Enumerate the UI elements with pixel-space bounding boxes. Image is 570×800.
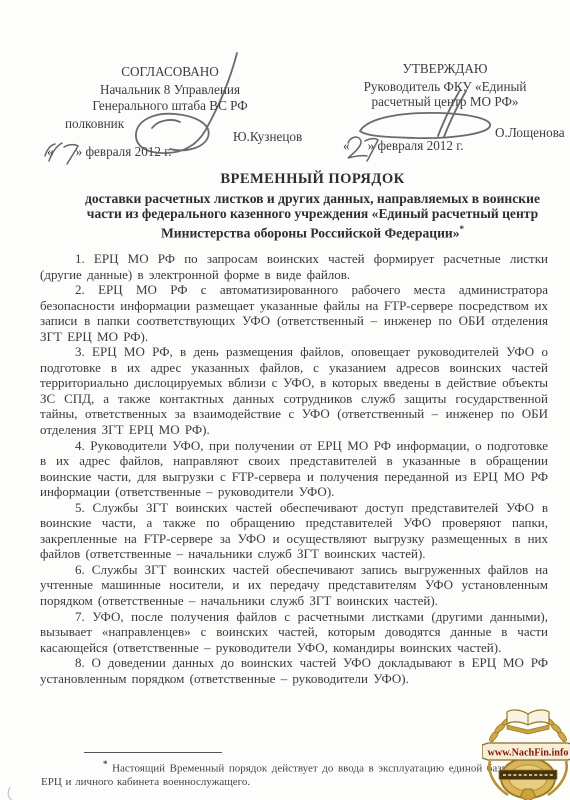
paragraph-5: 5. Службы ЗГТ воинских частей обеспечива…	[40, 500, 548, 562]
document-subtitle: доставки расчетных листков и других данн…	[75, 191, 550, 240]
approved-position-line2: расчетный центр МО РФ»	[350, 94, 540, 109]
agreed-title: СОГЛАСОВАНО	[45, 64, 295, 79]
quote-open: «	[47, 144, 54, 159]
document-body: 1. ЕРЦ МО РФ по запросам воинских частей…	[40, 251, 548, 686]
agreed-rank: полковник	[65, 116, 124, 131]
motto-ribbon	[499, 770, 557, 780]
scan-artifact-mark	[8, 787, 12, 800]
agreed-position-line1: Начальник 8 Управления	[45, 82, 295, 97]
paragraph-1: 1. ЕРЦ МО РФ по запросам воинских частей…	[40, 251, 548, 282]
signature-right	[360, 113, 490, 138]
paragraph-3: 3. ЕРЦ МО РФ, в день размещения файлов, …	[40, 344, 548, 437]
approved-signer-name: О.Лощенова	[495, 125, 565, 140]
approved-title: УТВЕРЖДАЮ	[350, 61, 540, 76]
footnote-text: * Настоящий Временный порядок действует …	[41, 758, 509, 790]
approved-position-line1: Руководитель ФКУ «Единый	[350, 79, 540, 94]
paragraph-8: 8. О доведении данных до воинских частей…	[40, 655, 548, 686]
quote-open: «	[343, 138, 350, 153]
footnote-marker: *	[103, 759, 108, 769]
url-banner: www.NachFin.info	[482, 743, 570, 760]
document-title: ВРЕМЕННЫЙ ПОРЯДОК	[75, 171, 550, 188]
subtitle-line-3: Министерства обороны Российской Федераци…	[75, 222, 550, 241]
nachfin-watermark-emblem: www.NachFin.info	[482, 704, 570, 800]
subtitle-line-2: части из федерального казенного учрежден…	[75, 206, 550, 221]
subtitle-line-1: доставки расчетных листков и других данн…	[75, 191, 550, 206]
scanned-document-page: СОГЛАСОВАНО Начальник 8 Управления Генер…	[0, 0, 570, 800]
agreed-date-rest: » февраля 2012 г.	[76, 144, 172, 159]
agreed-date-line: «» февраля 2012 г.	[47, 144, 172, 159]
approved-date-line: «» февраля 2012 г.	[343, 138, 464, 153]
agreed-position-line2: Генерального штаба ВС РФ	[45, 98, 295, 113]
watermark-url-text: www.NachFin.info	[488, 748, 569, 759]
signature-left-inner-loop	[152, 120, 180, 128]
agreed-signer-name: Ю.Кузнецов	[233, 129, 302, 144]
paragraph-4: 4. Руководители УФО, при получении от ЕР…	[40, 438, 548, 500]
paragraph-2: 2. ЕРЦ МО РФ с автоматизированного рабоч…	[40, 282, 548, 344]
footnote-rule	[84, 752, 222, 753]
paragraph-6: 6. Службы ЗГТ воинских частей обеспечива…	[40, 562, 548, 609]
approved-date-rest: » февраля 2012 г.	[368, 138, 464, 153]
title-footnote-marker: *	[460, 224, 465, 234]
paragraph-7: 7. УФО, после получения файлов с расчетн…	[40, 609, 548, 656]
open-book-icon	[507, 710, 549, 734]
